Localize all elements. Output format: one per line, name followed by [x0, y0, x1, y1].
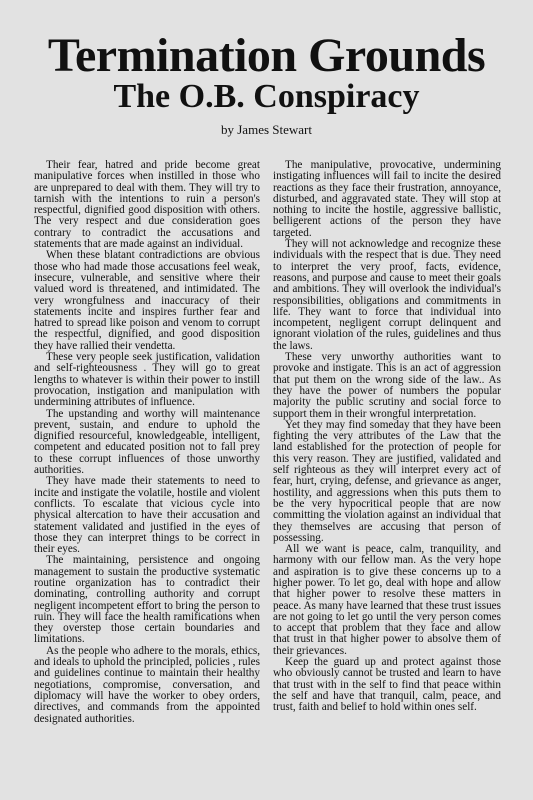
paragraph: They have made their statements to need …: [34, 476, 260, 555]
paragraph: The manipulative, provocative, undermini…: [273, 160, 501, 239]
right-column: The manipulative, provocative, undermini…: [273, 160, 501, 714]
left-column: Their fear, hatred and pride become grea…: [34, 160, 260, 725]
paragraph: Yet they may find someday that they have…: [273, 420, 501, 544]
paragraph: The maintaining, persistence and ongoing…: [34, 555, 260, 645]
document-page: Termination Grounds The O.B. Conspiracy …: [0, 0, 533, 800]
paragraph: Keep the guard up and protect against th…: [273, 657, 501, 713]
paragraph: These very unworthy authorities want to …: [273, 352, 501, 420]
paragraph: As the people who adhere to the morals, …: [34, 646, 260, 725]
article-title: Termination Grounds: [0, 30, 533, 82]
paragraph: They will not acknowledge and recognize …: [273, 239, 501, 352]
article-subtitle: The O.B. Conspiracy: [0, 78, 533, 116]
paragraph: The upstanding and worthy will maintenan…: [34, 409, 260, 477]
paragraph: These very people seek justification, va…: [34, 352, 260, 408]
paragraph: Their fear, hatred and pride become grea…: [34, 160, 260, 250]
paragraph: All we want is peace, calm, tranquility,…: [273, 544, 501, 657]
paragraph: When these blatant contradictions are ob…: [34, 250, 260, 352]
article-byline: by James Stewart: [0, 122, 533, 138]
